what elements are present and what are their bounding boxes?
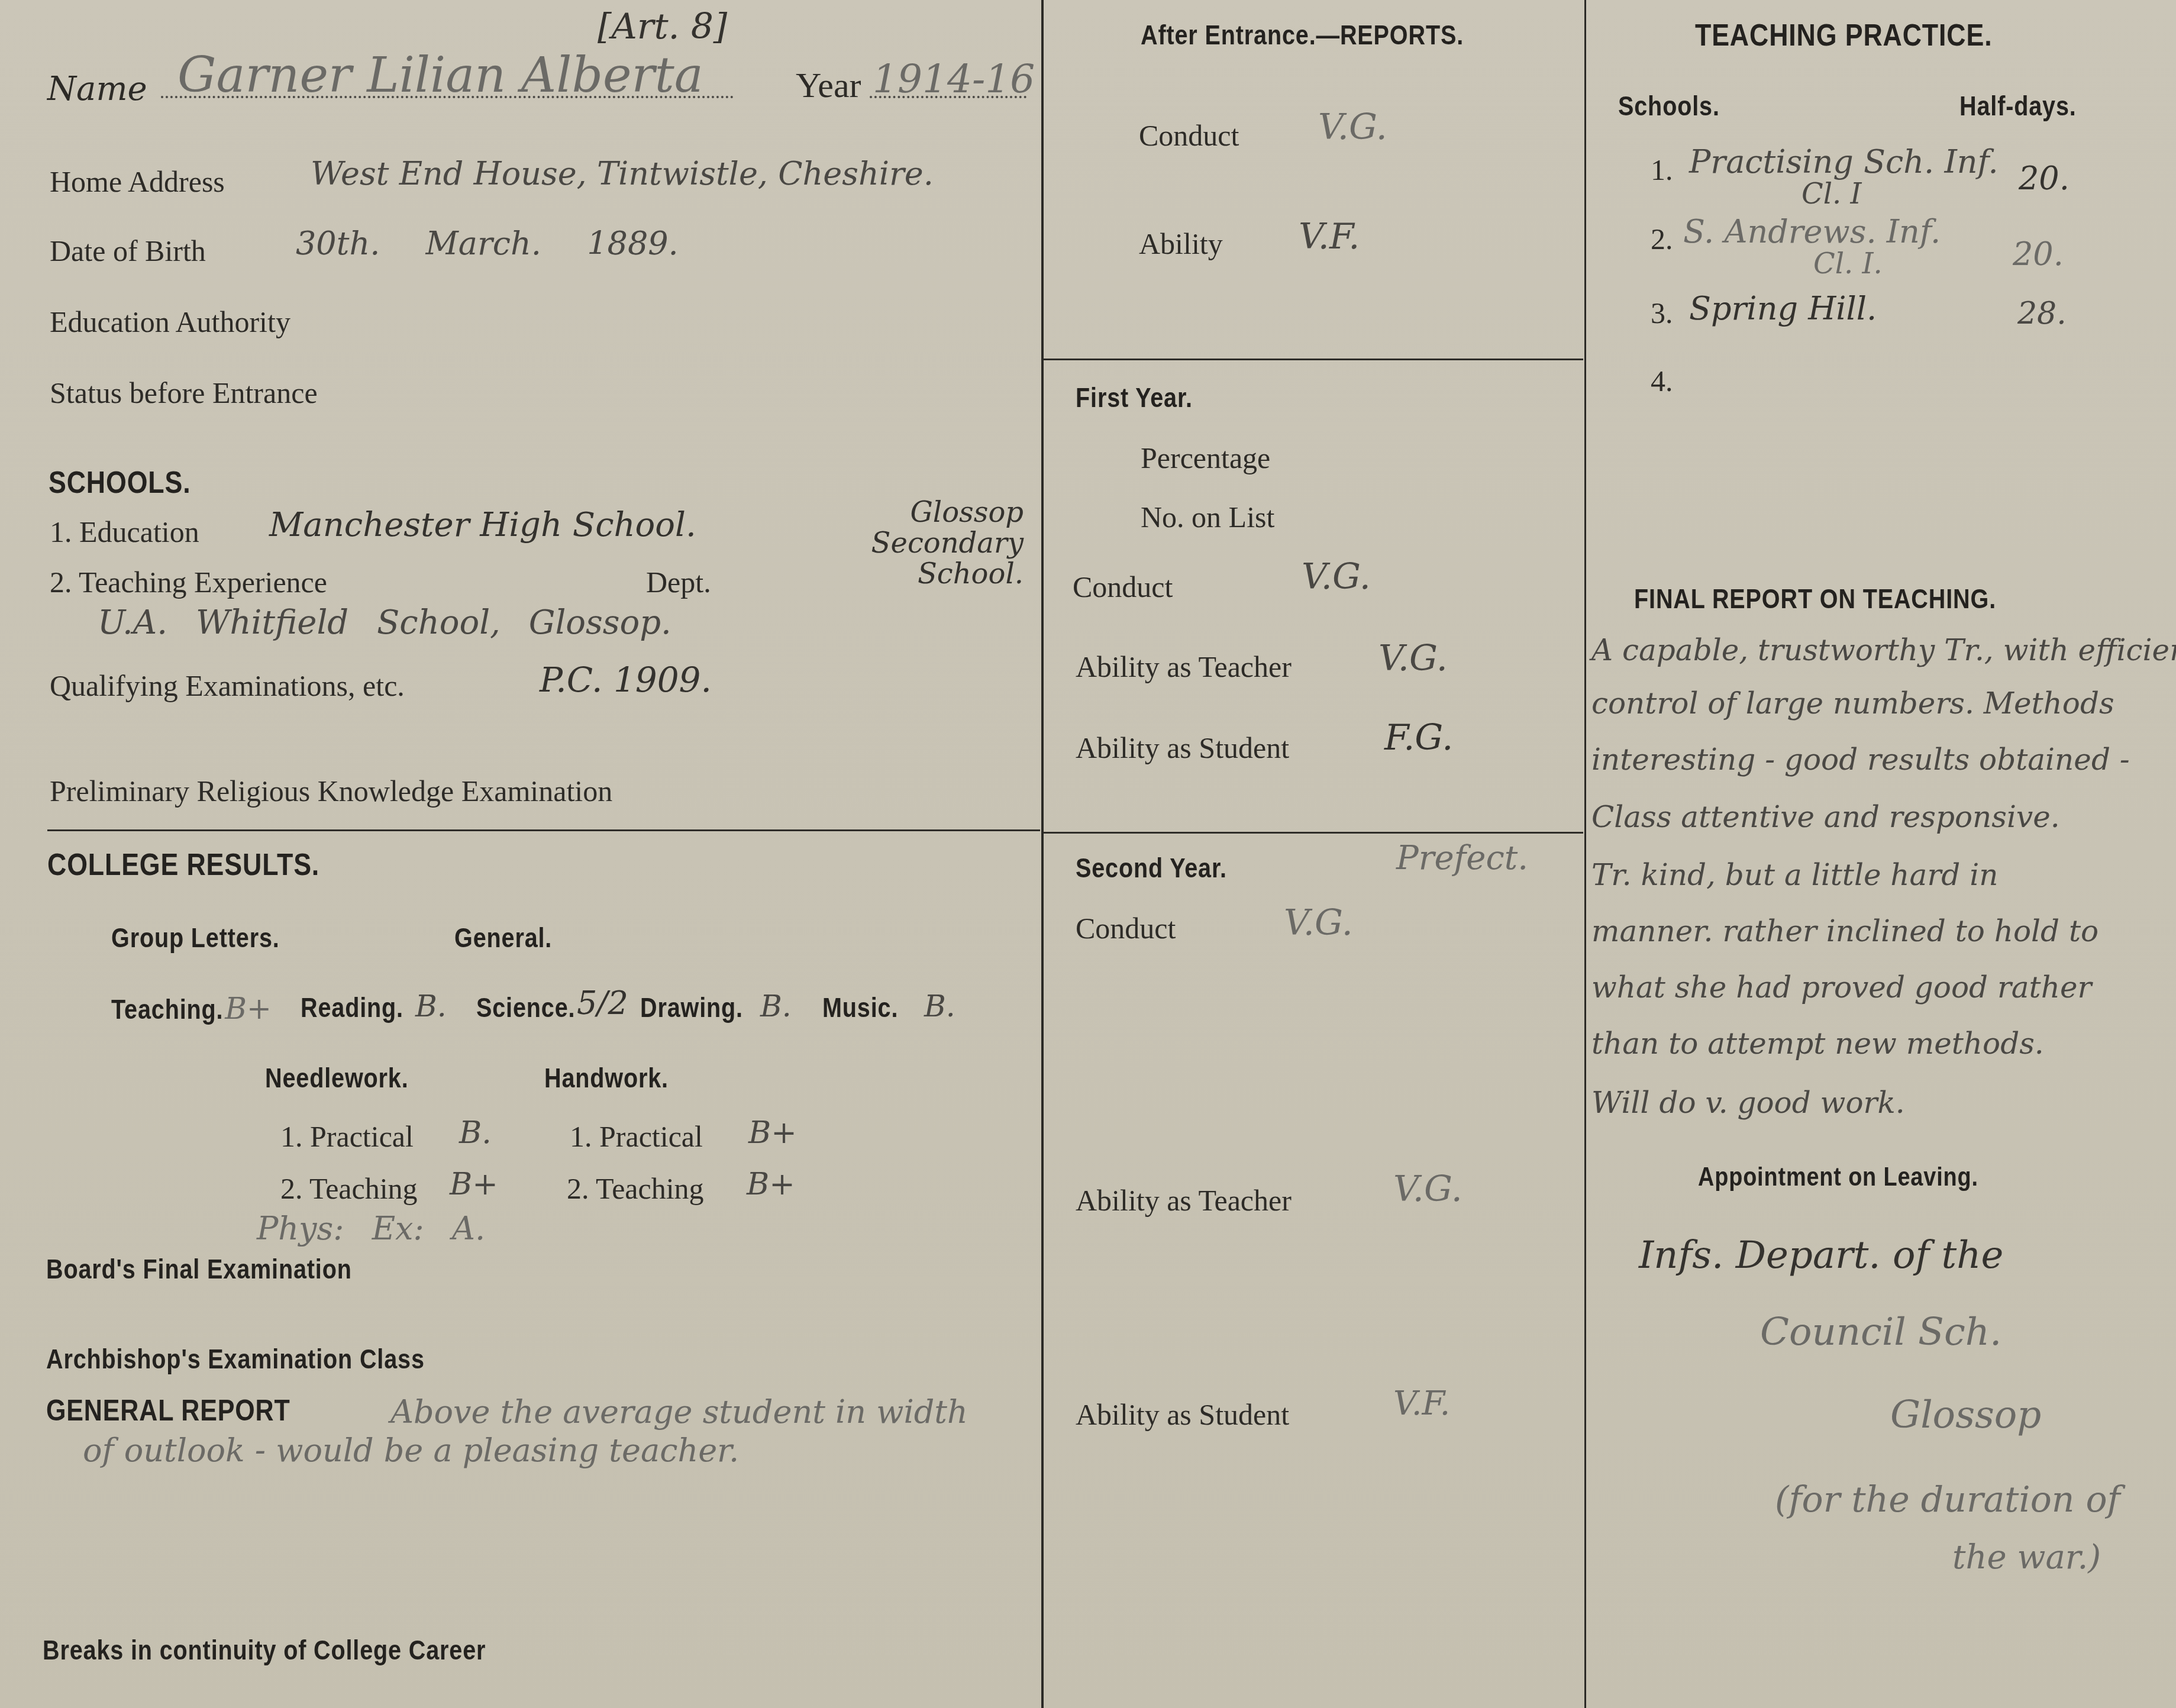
first-year-conduct-value: V.G.: [1302, 556, 1371, 598]
boards-final-label: Board's Final Examination: [46, 1253, 352, 1285]
subject-drawing-label: Drawing.: [640, 992, 743, 1023]
second-year-teacher-value: V.G.: [1393, 1168, 1462, 1210]
divider-second-year: [1044, 832, 1583, 834]
handwork-practical-value: B+: [748, 1115, 797, 1151]
column-divider-left: [1041, 0, 1044, 1708]
practice-row-3-half-days: 28.: [2017, 296, 2067, 331]
after-entrance-ability-label: Ability: [1139, 227, 1223, 261]
first-year-no-on-list-label: No. on List: [1141, 500, 1274, 534]
divider-college-results: [47, 829, 1040, 831]
prefect-note: Prefect.: [1396, 839, 1528, 877]
handwork-label: Handwork.: [544, 1062, 669, 1094]
final-report-line-4: Class attentive and responsive.: [1591, 800, 2060, 834]
final-report-line-1: A capable, trustworthy Tr., with efficie…: [1591, 633, 2176, 667]
subject-reading-label: Reading.: [301, 992, 403, 1023]
second-year-student-value: V.F.: [1393, 1384, 1450, 1423]
divider-after-entrance: [1044, 359, 1583, 360]
subject-drawing-value: B.: [760, 989, 792, 1023]
qualifying-exams-value: P.C. 1909.: [540, 660, 712, 700]
after-entrance-heading: After Entrance.—REPORTS.: [1141, 19, 1464, 51]
first-year-student-label: Ability as Student: [1076, 731, 1289, 765]
name-value: Garner Lilian Alberta: [177, 47, 703, 104]
name-label: Name: [47, 70, 147, 108]
practice-row-2-half-days: 20.: [2013, 235, 2064, 273]
needlework-teaching-value: B+: [450, 1167, 498, 1202]
column-divider-right: [1584, 0, 1586, 1708]
final-report-line-5: Tr. kind, but a little hard in: [1591, 858, 1998, 892]
dob-label: Date of Birth: [50, 234, 206, 268]
subject-teaching-label: Teaching.: [111, 993, 223, 1025]
first-year-teacher-value: V.G.: [1378, 638, 1448, 679]
practice-row-1-class: Cl. I: [1802, 177, 1862, 211]
subject-reading-value: B.: [415, 989, 447, 1023]
handwork-practical-label: 1. Practical: [570, 1119, 703, 1154]
needlework-teaching-label: 2. Teaching: [280, 1171, 418, 1206]
final-report-line-8: than to attempt new methods.: [1591, 1026, 2044, 1061]
practice-row-2-school: S. Andrews. Inf.: [1683, 213, 1941, 250]
practice-row-2-class: Cl. I.: [1813, 247, 1883, 280]
appointment-line-1: Infs. Depart. of the: [1639, 1234, 2003, 1277]
archbishop-exam-label: Archbishop's Examination Class: [46, 1343, 425, 1375]
first-year-percentage-label: Percentage: [1141, 441, 1270, 475]
group-letters-label: Group Letters.: [111, 922, 280, 954]
home-address-label: Home Address: [50, 164, 225, 199]
education-authority-label: Education Authority: [50, 305, 290, 339]
after-entrance-conduct-label: Conduct: [1139, 118, 1239, 153]
practice-row-2-num: 2.: [1651, 222, 1673, 256]
practice-row-3-school: Spring Hill.: [1689, 290, 1877, 327]
needlework-practical-label: 1. Practical: [280, 1119, 414, 1154]
second-year-conduct-label: Conduct: [1076, 911, 1176, 945]
final-report-line-2: control of large numbers. Methods: [1591, 686, 2114, 721]
second-year-student-label: Ability as Student: [1076, 1397, 1289, 1432]
second-year-teacher-label: Ability as Teacher: [1076, 1183, 1292, 1218]
dob-value: 30th. March. 1889.: [296, 225, 679, 262]
first-year-student-value: F.G.: [1384, 717, 1453, 758]
general-report-line-2: of outlook - would be a pleasing teacher…: [83, 1432, 739, 1469]
subject-music-label: Music.: [822, 992, 898, 1023]
after-entrance-conduct-value: V.G.: [1318, 106, 1387, 148]
appointment-heading: Appointment on Leaving.: [1698, 1163, 1978, 1192]
status-before-entrance-label: Status before Entrance: [50, 376, 318, 410]
final-report-line-6: manner. rather inclined to hold to: [1591, 914, 2098, 948]
subject-teaching-value: B+: [225, 992, 272, 1026]
subject-grades-row: Teaching.B+: [111, 992, 279, 1026]
religious-knowledge-label: Preliminary Religious Knowledge Examinat…: [50, 774, 612, 808]
first-year-teacher-label: Ability as Teacher: [1076, 650, 1292, 684]
education-label: 1. Education: [50, 515, 199, 549]
second-year-conduct-value: V.G.: [1284, 902, 1353, 944]
education-value: Manchester High School.: [269, 506, 696, 544]
needlework-practical-value: B.: [459, 1115, 492, 1151]
appointment-line-3: Glossop: [1890, 1393, 2041, 1437]
final-report-line-7: what she had proved good rather: [1591, 970, 2091, 1005]
subject-science-label: Science.: [476, 992, 575, 1023]
article-note: [Art. 8]: [598, 6, 727, 47]
general-label: General.: [454, 922, 552, 954]
phys-ex-note: Phys: Ex: A.: [257, 1210, 485, 1247]
first-year-conduct-label: Conduct: [1073, 570, 1173, 604]
practice-row-1-half-days: 20.: [2019, 160, 2070, 197]
subject-music-value: B.: [924, 989, 955, 1023]
practice-row-1-num: 1.: [1651, 153, 1673, 187]
appointment-line-2: Council Sch.: [1760, 1310, 2001, 1354]
appointment-line-4: (for the duration of: [1775, 1479, 2120, 1520]
teaching-experience-label: 2. Teaching Experience: [50, 565, 327, 599]
handwork-teaching-label: 2. Teaching: [567, 1171, 704, 1206]
practice-row-4-num: 4.: [1651, 364, 1673, 398]
handwork-teaching-value: B+: [747, 1167, 795, 1202]
half-days-column-header: Half-days.: [1959, 90, 2077, 122]
appointment-line-5: the war.): [1952, 1538, 2101, 1577]
teaching-practice-heading: TEACHING PRACTICE.: [1695, 18, 1992, 53]
student-record-card: [Art. 8] Name Garner Lilian Alberta Year…: [0, 0, 2176, 1708]
schools-heading: SCHOOLS.: [49, 465, 191, 501]
practice-row-1-school: Practising Sch. Inf.: [1689, 143, 1999, 180]
year-label: Year: [796, 65, 861, 106]
general-report-line-1: Above the average student in width: [390, 1393, 968, 1431]
final-report-heading: FINAL REPORT ON TEACHING.: [1634, 583, 1996, 615]
teaching-experience-value: U.A. Whitfield School, Glossop.: [98, 603, 671, 642]
home-address-value: West End House, Tintwistle, Cheshire.: [311, 155, 934, 192]
college-results-heading: COLLEGE RESULTS.: [47, 847, 319, 883]
practice-row-3-num: 3.: [1651, 296, 1673, 330]
after-entrance-ability-value: V.F.: [1299, 216, 1360, 257]
year-value: 1914-16: [873, 56, 1035, 102]
needlework-label: Needlework.: [265, 1062, 409, 1094]
subject-science-value: 5/2: [577, 984, 628, 1022]
education-value-2: Glossop Secondary School.: [769, 497, 1024, 589]
general-report-label: GENERAL REPORT: [46, 1393, 290, 1428]
second-year-heading: Second Year.: [1076, 852, 1227, 884]
schools-column-header: Schools.: [1618, 90, 1720, 122]
final-report-line-9: Will do v. good work.: [1591, 1086, 1905, 1120]
breaks-in-continuity-label: Breaks in continuity of College Career: [43, 1634, 486, 1666]
final-report-line-3: interesting - good results obtained -: [1591, 742, 2130, 777]
qualifying-exams-label: Qualifying Examinations, etc.: [50, 669, 405, 703]
dept-label: Dept.: [646, 565, 711, 599]
first-year-heading: First Year.: [1076, 382, 1193, 414]
